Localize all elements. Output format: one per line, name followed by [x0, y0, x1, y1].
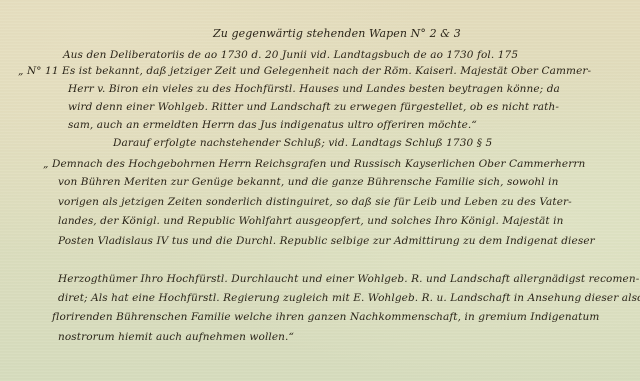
manuscript-line: diret; Als hat eine Hochfürstl. Regierun… [58, 291, 640, 305]
document-heading: Zu gegenwärtig stehenden Wapen N° 2 & 3 [213, 27, 461, 41]
manuscript-line: Herr v. Biron ein vieles zu des Hochfürs… [68, 82, 560, 96]
manuscript-line: sam, auch an ermeldten Herrn das Jus ind… [68, 118, 477, 132]
manuscript-line: Posten Vladislaus IV tus und die Durchl.… [58, 234, 595, 248]
manuscript-line: Aus den Deliberatoriis de ao 1730 d. 20 … [63, 48, 518, 62]
manuscript-line: Herzogthümer Ihro Hochfürstl. Durchlauch… [58, 272, 639, 286]
manuscript-line: nostrorum hiemit auch aufnehmen wollen.“ [58, 330, 294, 344]
manuscript-line: florirenden Bührenschen Familie welche i… [52, 310, 599, 324]
manuscript-line: vorigen als jetzigen Zeiten sonderlich d… [58, 195, 572, 209]
manuscript-line: landes, der Königl. und Republic Wohlfah… [58, 214, 564, 228]
manuscript-line: von Bühren Meriten zur Genüge bekannt, u… [58, 175, 558, 189]
manuscript-line: „ N° 11 Es ist bekannt, daß jetziger Zei… [18, 64, 591, 78]
manuscript-page: Zu gegenwärtig stehenden Wapen N° 2 & 3 … [0, 0, 640, 381]
manuscript-line: wird denn einer Wohlgeb. Ritter und Land… [68, 100, 559, 114]
manuscript-line: Darauf erfolgte nachstehender Schluß; vi… [113, 136, 492, 150]
manuscript-line: „ Demnach des Hochgebohrnen Herrn Reichs… [43, 157, 585, 171]
